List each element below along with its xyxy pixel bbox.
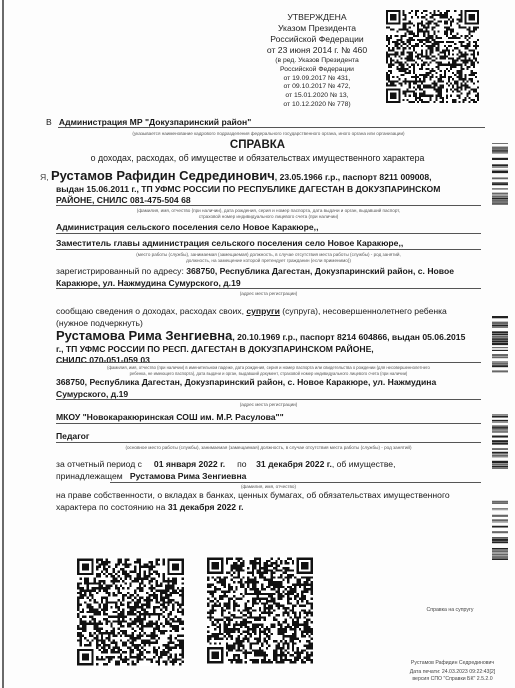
footer-print-date: Дата печати: 24.03.2023 09:22:43[2] [395,669,510,675]
ownership-text: характера по состоянию на [56,502,168,512]
approval-line: от 23 июня 2014 г. № 460 [262,45,372,56]
ownership-date: 31 декабря 2022 г. [168,502,244,512]
statement-selected-relation: супруги [246,306,280,316]
address-value: Каракюре, ул. Нажмудина Сумурского, д.19 [56,278,241,288]
statement-text: сообщаю сведения о доходах, расходах сво… [56,306,246,316]
underline [56,205,481,206]
qr-code-bottom-left [77,558,184,666]
spouse-workplace: МКОУ "Новокаракюринская СОШ им. М.Р. Рас… [56,412,485,424]
period-label: за отчетный период с [56,459,142,469]
spouse-work-caption: (основное место работы (службы), занимае… [56,445,481,451]
declarant-name: Рустамов Рафидин Седрединович [51,168,275,183]
address-caption: (адрес места регистрации) [56,291,481,297]
period-from: 01 января 2022 г. [154,459,225,469]
recipient-organization: Администрация МР "Докузпаринский район" [59,117,251,127]
recipient-prefix: В [46,117,52,127]
amendments: (в ред. Указов Президента Российской Фед… [262,57,372,110]
amendment-line: Российской Федерации [262,66,372,75]
work-caption: (место работы (службы), занимаемая (заме… [56,252,481,264]
qr-code-top [386,10,479,103]
owner-label: принадлежащем [56,471,123,481]
qr-code-bottom-middle [207,557,313,664]
underline [56,249,481,250]
document-title: СПРАВКА [0,139,515,151]
ownership-text: на праве собственности, о вкладах в банк… [56,490,450,500]
caption-line: ребенка, не имеющего паспорта), дата выд… [56,371,481,377]
amendment-line: от 19.09.2017 № 431, [262,75,372,84]
underline [56,399,481,400]
document-subtitle: о доходах, расходах, об имуществе и обяз… [0,153,515,163]
period-suffix: , об имуществе, [332,459,396,469]
approval-line: УТВЕРЖДЕНА [262,12,372,23]
spouse-details: , 20.10.1969 г.р., паспорт 8214 604866, … [232,332,465,342]
scan-edge-line [2,0,4,688]
amendment-line: (в ред. Указов Президента [262,57,372,66]
underline [110,482,481,483]
address-value: 368750, Республика Дагестан, Докузпаринс… [56,377,436,387]
footer-version: версия СПО "Справки БК" 2.5.2.0 [395,676,510,682]
declarant-details: РАЙОНЕ, СНИЛС 081-475-504 68 [40,195,191,205]
declarant-details: выдан 15.06.2011 г., ТП УФМС РОССИИ ПО Р… [40,184,440,194]
amendment-line: от 10.12.2020 № 778) [262,101,372,110]
statement-block: сообщаю сведения о доходах, расходах сво… [56,306,485,329]
period-to-label: по [237,459,246,469]
spouse-details: СНИЛС 070-051-059 03 [56,355,150,365]
address-value: 368750, Республика Дагестан, Докузпаринс… [186,266,454,276]
spouse-name: Рустамова Рима Зенгиевна [56,328,232,343]
spouse-address-caption: (адрес места регистрации) [56,402,481,408]
barcode-2 [492,316,508,378]
statement-hint: (нужное подчеркнуть) [56,318,143,328]
caption-line: страховой номер индивидуального лицевого… [56,214,481,220]
statement-text: (супруга), несовершеннолетнего ребенка [280,306,447,316]
declarant-caption: (фамилия, имя, отчество (при наличии), д… [56,208,481,220]
recipient-caption: (указывается наименование кадрового подр… [56,131,481,137]
underline [56,442,481,443]
declarant-details: , 23.05.1966 г.р., паспорт 8211 009008, [275,172,432,182]
period-to: 31 декабря 2022 г. [256,459,332,469]
period-row: за отчетный период с 01 января 2022 г. п… [56,459,485,471]
declarant-workplace: Администрация сельского поселения село Н… [56,222,485,234]
underline [56,362,481,363]
address-label: зарегистрированный по адресу: [56,266,186,276]
spouse-address: 368750, Республика Дагестан, Докузпаринс… [56,377,485,400]
declarant-prefix: Я, [40,172,49,182]
underline [56,423,481,424]
approval-block: УТВЕРЖДЕНА Указом Президента Российской … [262,12,372,110]
declarant-block: Я, Рустамов Рафидин Седрединович, 23.05.… [40,170,485,207]
barcode-3 [492,408,508,470]
footer-signer: Рустамов Рафидин Седрединович [395,660,510,666]
amendment-line: от 09.10.2017 № 472, [262,83,372,92]
address-value: Сумурского, д.19 [56,389,128,399]
underline [58,127,485,128]
underline [56,288,481,289]
spouse-position: Педагог [56,431,485,443]
caption-line: должность, на замещение которой претенду… [56,258,481,264]
amendment-line: от 15.01.2020 № 13, [262,92,372,101]
declarant-address: зарегистрированный по адресу: 368750, Ре… [56,266,485,289]
spouse-caption: (фамилия, имя, отчество (при наличии) в … [56,365,481,376]
caption-line: (фамилия, имя, отчество (при наличии) в … [56,365,481,371]
spouse-details: г., ТП УФМС РОССИИ ПО РЕСП. ДАГЕСТАН В Д… [56,344,374,354]
ownership-statement: на праве собственности, о вкладах в банк… [56,490,485,513]
barcode-4 [492,498,508,560]
declarant-position: Заместитель главы администрация сельског… [56,238,485,250]
approval-line: Указом Президента [262,23,372,34]
approval-line: Российской Федерации [262,34,372,45]
owner-name: Рустамова Рима Зенгиевна [130,471,247,481]
underline [56,233,481,234]
owner-row: принадлежащем Рустамова Рима Зенгиевна [56,471,485,483]
footer-note: Справка на супругу [405,607,495,613]
